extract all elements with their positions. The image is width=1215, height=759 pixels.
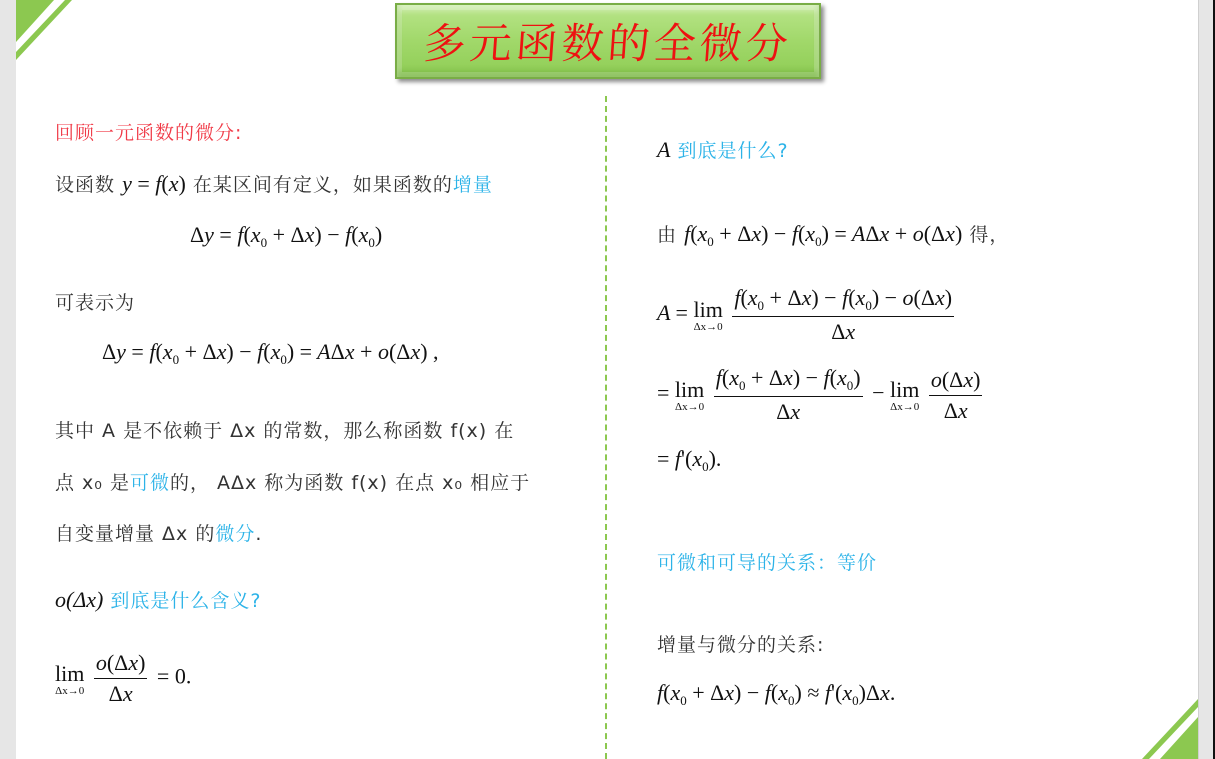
equation-approximation: f(x0 + Δx) − f(x0) ≈ f'(x0)Δx. <box>657 680 895 709</box>
corner-stripe-decoration-bottom-right <box>1118 697 1198 759</box>
from-equation-line: 由 f(x0 + Δx) − f(x0) = AΔx + o(Δx) 得， <box>657 220 1009 250</box>
paragraph-line3: 点 x₀ 是可微的， AΔx 称为函数 f(x) 在点 x₀ 相应于 <box>55 468 530 495</box>
title-banner: 多元函数的全微分 <box>395 3 821 79</box>
review-heading: 回顾一元函数的微分: <box>55 118 242 145</box>
highlight-differential: 微分 <box>215 523 255 545</box>
equation-A-split: = limΔx→0 f(x0 + Δx) − f(x0)Δx − limΔx→0… <box>657 365 986 425</box>
highlight-increment: 增量 <box>453 174 493 196</box>
text: 设函数 <box>55 174 115 196</box>
paragraph-line4: 自变量增量 Δx 的微分. <box>55 519 262 546</box>
column-divider <box>605 96 607 759</box>
paragraph-line2: 其中 A 是不依赖于 Δx 的常数，那么称函数 f(x) 在 <box>55 416 514 443</box>
slide-page: 多元函数的全微分 回顾一元函数的微分: 设函数 y = f(x) 在某区间有定义… <box>16 0 1199 759</box>
can-express-label: 可表示为 <box>55 288 135 315</box>
text: 得， <box>969 224 1009 246</box>
text: 的， AΔx 称为函数 f(x) 在点 x₀ 相应于 <box>170 472 530 494</box>
math-A: A <box>657 137 670 162</box>
equation-A-result: = f'(x0). <box>657 446 721 475</box>
math-o-delta-x: o(Δx) <box>55 587 103 612</box>
equation-delta-y: Δy = f(x0 + Δx) − f(x0) <box>190 222 382 251</box>
page-title: 多元函数的全微分 <box>422 11 794 71</box>
corner-stripe-decoration-top-left <box>16 0 96 62</box>
definition-paragraph-line1: 设函数 y = f(x) 在某区间有定义，如果函数的增量 <box>55 170 493 197</box>
relation-heading: 可微和可导的关系：等价 <box>657 548 877 575</box>
equation-A-limit: A = limΔx→0 f(x0 + Δx) − f(x0) − o(Δx)Δx <box>657 285 958 345</box>
a-question-text: 到底是什么? <box>678 140 789 162</box>
text: 自变量增量 Δx 的 <box>55 523 215 545</box>
math-y-equals-fx: y = f(x) <box>122 171 186 196</box>
a-question: A 到底是什么? <box>657 136 789 163</box>
equation-delta-y-expansion: Δy = f(x0 + Δx) − f(x0) = AΔx + o(Δx) , <box>102 339 439 368</box>
increment-label: 增量与微分的关系: <box>657 630 824 657</box>
math-from-equation: f(x0 + Δx) − f(x0) = AΔx + o(Δx) <box>684 221 962 246</box>
o-question: o(Δx) 到底是什么含义? <box>55 586 261 613</box>
text: . <box>255 523 262 545</box>
highlight-differentiable: 可微 <box>130 472 170 494</box>
text: 由 <box>657 224 677 246</box>
o-question-text: 到底是什么含义? <box>110 590 261 612</box>
equation-limit-o: limΔx→0 o(Δx)Δx = 0. <box>55 650 191 707</box>
text: 在某区间有定义，如果函数的 <box>193 174 453 196</box>
text: 点 x₀ 是 <box>55 472 130 494</box>
